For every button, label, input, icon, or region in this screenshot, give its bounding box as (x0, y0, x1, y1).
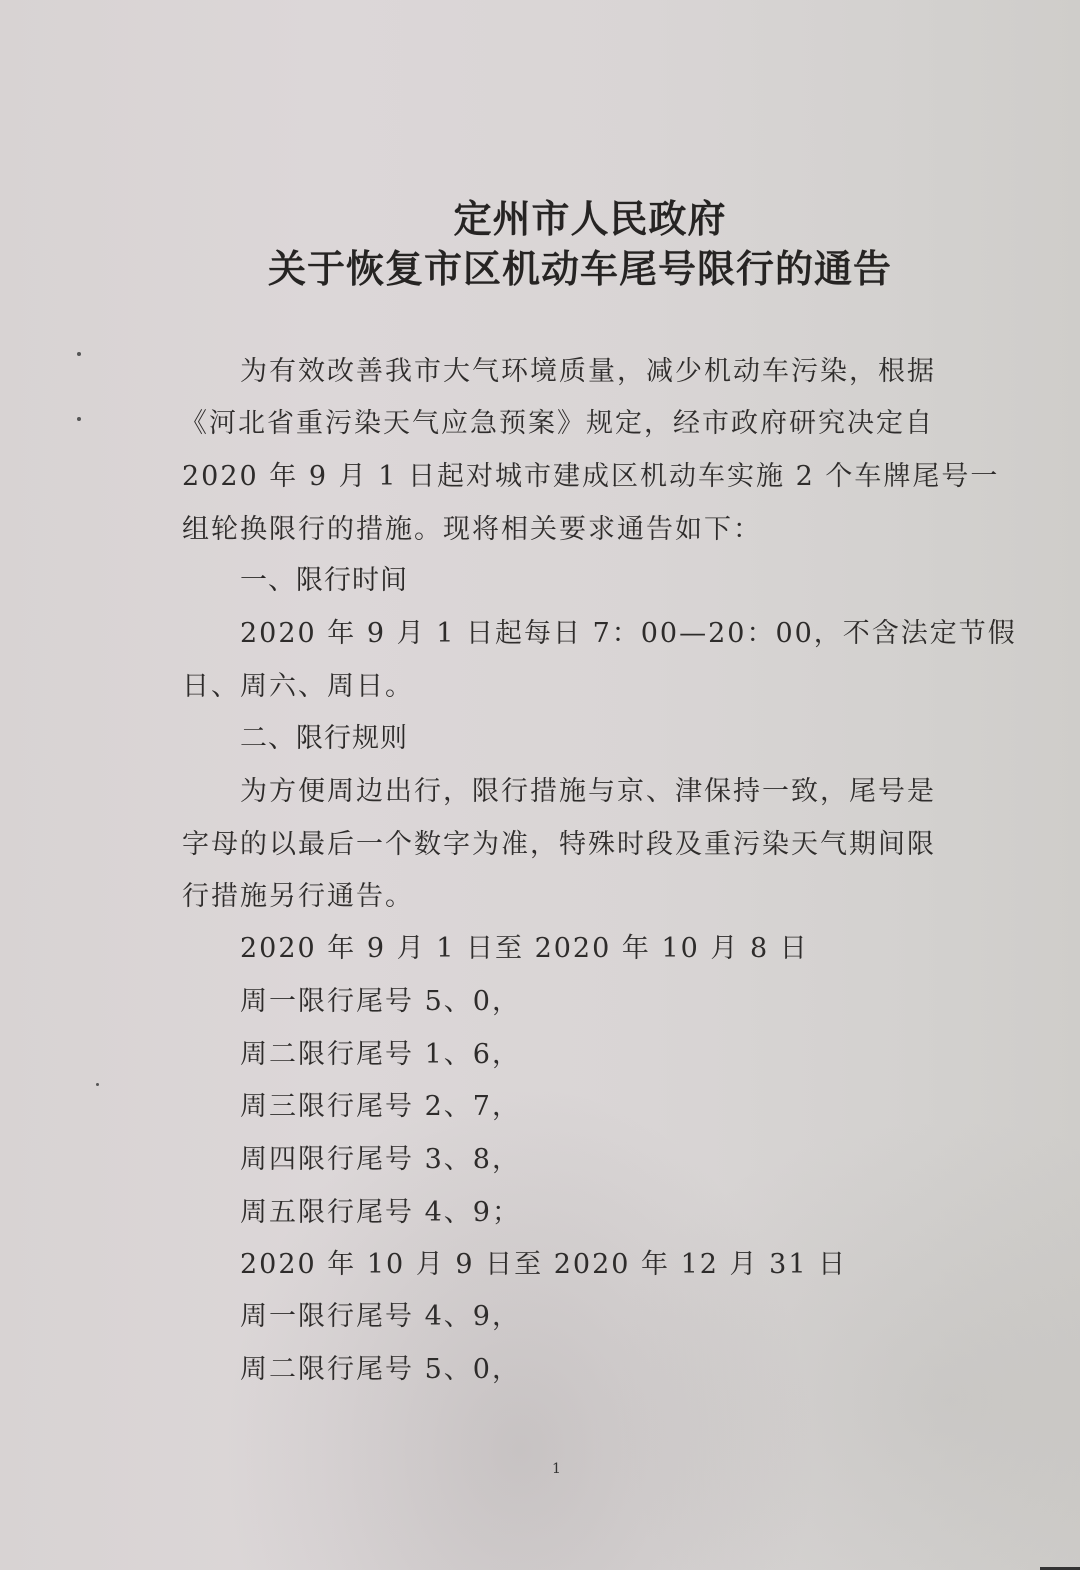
period-2-rule-mon: 周一限行尾号 4、9， (240, 1300, 521, 1334)
section-heading-rules: 二、限行规则 (240, 722, 408, 756)
period-1-rule-mon: 周一限行尾号 5、0， (240, 985, 521, 1019)
intro-line-4: 组轮换限行的措施。现将相关要求通告如下： (182, 513, 762, 547)
paper-speck (77, 352, 81, 356)
intro-line-3: 2020 年 9 月 1 日起对城市建成区机动车实施 2 个车牌尾号一 (182, 460, 999, 494)
section-heading-time: 一、限行时间 (240, 564, 408, 598)
document-page: 定州市人民政府 关于恢复市区机动车尾号限行的通告 为有效改善我市大气环境质量，减… (0, 0, 1080, 1570)
paper-speck (77, 417, 81, 421)
period-1-rule-thu: 周四限行尾号 3、8， (240, 1143, 521, 1177)
intro-line-1: 为有效改善我市大气环境质量，减少机动车污染，根据 (240, 355, 936, 389)
document-title-issuer: 定州市人民政府 (0, 188, 1080, 243)
page-number: 1 (552, 1461, 561, 1477)
intro-line-2: 《河北省重污染天气应急预案》规定，经市政府研究决定自 (180, 407, 934, 441)
period-1-rule-fri: 周五限行尾号 4、9； (240, 1196, 521, 1230)
section-rules-line-1: 为方便周边出行，限行措施与京、津保持一致，尾号是 (240, 775, 936, 809)
section-rules-line-2: 字母的以最后一个数字为准，特殊时段及重污染天气期间限 (182, 828, 936, 862)
document-title-subject: 关于恢复市区机动车尾号限行的通告 (0, 238, 1080, 293)
section-rules-line-3: 行措施另行通告。 (182, 880, 414, 914)
period-2-range: 2020 年 10 月 9 日至 2020 年 12 月 31 日 (240, 1248, 847, 1282)
period-1-range: 2020 年 9 月 1 日至 2020 年 10 月 8 日 (240, 932, 809, 966)
period-1-rule-tue: 周二限行尾号 1、6， (240, 1038, 521, 1072)
paper-speck (96, 1083, 99, 1086)
period-1-rule-wed: 周三限行尾号 2、7， (240, 1090, 521, 1124)
section-time-line-1: 2020 年 9 月 1 日起每日 7：00—20：00，不含法定节假 (240, 617, 1017, 651)
period-2-rule-tue: 周二限行尾号 5、0， (240, 1353, 521, 1387)
section-time-line-2: 日、周六、周日。 (182, 670, 414, 704)
